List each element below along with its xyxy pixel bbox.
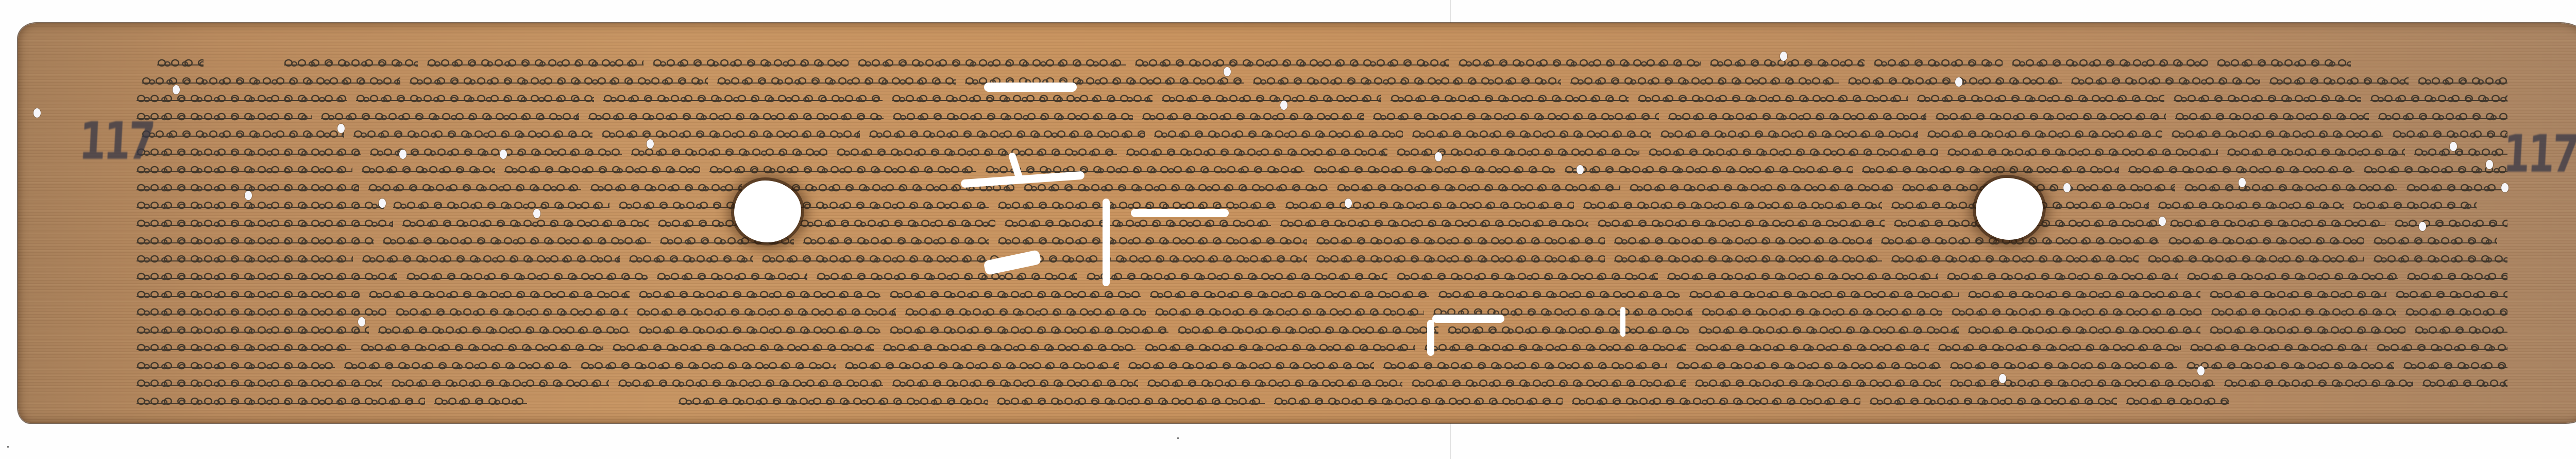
handwritten-word-group (1614, 235, 1872, 247)
handwritten-word-group (2370, 93, 2507, 104)
handwritten-word-group (997, 396, 1265, 407)
handwritten-word-group (2396, 289, 2507, 300)
handwritten-word-group (1314, 164, 1555, 175)
handwritten-word-group (1147, 378, 1402, 389)
handwritten-word-group (1005, 218, 1272, 229)
handwritten-word-group (137, 218, 393, 229)
pin-hole (2197, 366, 2205, 375)
handwritten-word-group (284, 57, 418, 69)
handwritten-word-group (504, 164, 700, 175)
handwritten-word-group (2170, 218, 2385, 229)
handwritten-word-group (1947, 146, 2218, 158)
handwritten-word-group (1285, 200, 1574, 211)
handwritten-word-group (858, 57, 1126, 69)
handwritten-word-group (2407, 271, 2507, 282)
handwritten-word-group (1862, 164, 2119, 175)
handwritten-word-group (2405, 306, 2507, 318)
handwritten-word-group (2415, 324, 2507, 336)
handwritten-word-group (2071, 75, 2260, 87)
handwritten-word-group (378, 324, 629, 336)
handwritten-word-group (2224, 378, 2413, 389)
handwritten-word-group (1150, 289, 1429, 300)
handwritten-word-group (1438, 289, 1680, 300)
handwritten-word-group (137, 164, 352, 175)
handwritten-word-group (2174, 93, 2361, 104)
handwritten-word-group (1337, 182, 1620, 193)
manuscript-line: line-4 (137, 108, 2517, 126)
handwritten-word-group (1947, 271, 2178, 282)
scan-speck (1177, 437, 1179, 439)
handwritten-word-group (392, 378, 609, 389)
pin-hole (1224, 67, 1231, 76)
handwritten-word-group (1154, 128, 1402, 140)
pin-hole (1280, 101, 1287, 110)
handwritten-word-group (837, 146, 1117, 158)
handwritten-word-group (717, 75, 956, 87)
handwritten-word-group (2269, 75, 2409, 87)
manuscript-line: line-18 (137, 357, 2517, 375)
binding-hole-left (734, 181, 801, 242)
handwritten-word-group (2128, 164, 2354, 175)
handwritten-word-group (709, 164, 977, 175)
handwritten-word-group (402, 218, 649, 229)
handwritten-word-group (602, 128, 859, 140)
pin-hole (337, 124, 345, 133)
handwritten-word-group (1710, 57, 1865, 69)
handwritten-word-group (800, 218, 995, 229)
handwritten-word-group (2217, 57, 2351, 69)
handwritten-word-group (845, 360, 1119, 371)
handwritten-word-group (1696, 342, 1929, 353)
handwritten-word-group (362, 164, 495, 175)
handwritten-word-group (2126, 396, 2229, 407)
handwritten-word-group (1572, 396, 1860, 407)
handwritten-word-group (137, 289, 360, 300)
manuscript-line: line-1 (137, 54, 2517, 72)
manuscript-line: line-19 (137, 374, 2517, 392)
handwritten-word-group (2227, 146, 2404, 158)
handwritten-word-group (137, 324, 369, 336)
handwritten-word-group (2190, 342, 2367, 353)
handwritten-word-group (137, 146, 361, 158)
handwritten-word-group (427, 57, 643, 69)
handwritten-word-group (1649, 146, 1938, 158)
manuscript-line: line-6 (137, 143, 2517, 161)
handwritten-word-group (2378, 111, 2507, 122)
handwritten-word-group (657, 271, 807, 282)
pin-hole (1435, 152, 1442, 161)
handwritten-word-group (1702, 306, 1942, 318)
manuscript-line: line-5 (137, 125, 2517, 143)
handwritten-word-group (590, 182, 742, 193)
handwritten-word-group (2414, 146, 2507, 158)
manuscript-line: line-12 (137, 250, 2517, 268)
handwritten-word-group (2395, 218, 2507, 229)
handwritten-word-group (2148, 253, 2364, 265)
handwritten-word-group (137, 271, 397, 282)
handwritten-word-group (536, 396, 598, 407)
handwritten-word-group (1676, 360, 1941, 371)
manuscript-line: line-8 (137, 179, 2517, 197)
handwritten-word-group (142, 128, 344, 140)
handwritten-word-group (817, 271, 1077, 282)
handwritten-word-group (361, 342, 603, 353)
handwritten-word-group (998, 235, 1307, 247)
handwritten-word-group (1274, 396, 1563, 407)
manuscript-line: line-14 (137, 286, 2517, 304)
margin-note-left: 117 (78, 111, 155, 171)
handwritten-word-group (1570, 75, 1839, 87)
handwritten-word-group (137, 93, 347, 104)
manuscript-line: line-11 (137, 232, 2517, 250)
pin-hole (358, 317, 365, 326)
handwritten-word-group (434, 396, 527, 407)
pin-hole (399, 150, 406, 159)
handwritten-word-group (905, 306, 1146, 318)
handwritten-word-group (1383, 360, 1667, 371)
worm-track (1432, 315, 1504, 323)
manuscript-line: line-2 (137, 72, 2517, 90)
handwritten-word-group (1936, 111, 2166, 122)
handwritten-word-group (1397, 146, 1639, 158)
handwritten-word-group (1391, 93, 1629, 104)
worm-track (1427, 320, 1434, 356)
handwritten-word-group (986, 164, 1304, 175)
handwritten-word-group (1008, 253, 1307, 265)
handwritten-word-group (137, 396, 425, 407)
handwritten-word-group (2422, 378, 2507, 389)
handwritten-word-group (2374, 235, 2497, 247)
manuscript-line: line-7 (137, 161, 2517, 179)
handwritten-word-group (1024, 182, 1327, 193)
handwritten-word-group (370, 146, 622, 158)
handwritten-word-group (321, 111, 579, 122)
pin-hole (1999, 374, 2006, 383)
handwritten-word-group (1968, 324, 2200, 336)
handwritten-word-group (1135, 57, 1449, 69)
handwritten-word-group (1902, 182, 2175, 193)
handwritten-word-group (1425, 342, 1686, 353)
handwritten-word-group (1128, 360, 1374, 371)
pin-hole (1955, 77, 1962, 87)
handwritten-word-group (1126, 146, 1387, 158)
manuscript-line: line-13 (137, 268, 2517, 286)
handwritten-word-group (803, 235, 989, 247)
pin-hole (500, 150, 507, 159)
handwritten-word-group (1950, 360, 2177, 371)
handwritten-word-group (869, 128, 1145, 140)
handwritten-word-group (1695, 378, 1941, 389)
handwritten-word-group (1178, 324, 1438, 336)
handwritten-word-group (1142, 111, 1364, 122)
handwritten-word-group (1397, 271, 1657, 282)
handwritten-word-group (344, 360, 571, 371)
handwritten-word-group (679, 396, 988, 407)
handwritten-word-group (1689, 289, 1959, 300)
pin-hole (2239, 178, 2246, 187)
handwritten-word-group (2418, 75, 2507, 87)
handwritten-word-group (137, 360, 335, 371)
handwritten-word-group (396, 306, 627, 318)
handwritten-word-group (613, 342, 874, 353)
handwritten-word-group (1927, 128, 2162, 140)
handwritten-word-group (637, 306, 896, 318)
handwritten-word-group (2377, 342, 2507, 353)
handwritten-word-group (619, 200, 753, 211)
handwritten-word-group (893, 111, 1132, 122)
manuscript-line: line-15 (137, 303, 2517, 321)
handwritten-word-group (607, 396, 669, 407)
handwritten-word-group (2158, 200, 2344, 211)
scan-speck (7, 446, 9, 448)
pin-hole (2063, 183, 2071, 192)
handwritten-word-group (2374, 253, 2507, 265)
pin-hole (1780, 52, 1787, 61)
handwritten-word-group (1155, 306, 1423, 318)
handwritten-word-group (2175, 111, 2369, 122)
handwritten-word-group (2168, 235, 2364, 247)
manuscript-line: line-20 (137, 392, 2517, 411)
handwritten-word-group (369, 289, 629, 300)
handwritten-word-group (1660, 128, 1918, 140)
handwritten-word-group (1253, 75, 1561, 87)
pin-hole (2159, 217, 2166, 226)
handwritten-word-group (1280, 218, 1588, 229)
handwritten-word-group (137, 111, 312, 122)
manuscript-line: line-9 (137, 196, 2517, 215)
handwritten-word-group (1667, 271, 1938, 282)
handwritten-word-group (137, 200, 384, 211)
handwritten-word-group (1162, 93, 1381, 104)
worm-track (984, 83, 1077, 92)
handwritten-word-group (2012, 57, 2208, 69)
handwritten-word-group (1874, 57, 2003, 69)
handwritten-word-group (639, 289, 880, 300)
handwritten-word-group (603, 93, 883, 104)
handwritten-word-group (1316, 235, 1605, 247)
handwritten-word-group (1870, 396, 2117, 407)
handwritten-word-group (2187, 271, 2398, 282)
handwritten-word-group (1412, 128, 1651, 140)
pin-hole (2450, 142, 2457, 151)
handwritten-word-group (1448, 324, 1689, 336)
handwritten-word-group (1668, 111, 1926, 122)
handwritten-word-group (137, 378, 382, 389)
handwritten-word-group (356, 93, 594, 104)
handwritten-word-group (213, 57, 275, 69)
handwritten-word-group (653, 57, 849, 69)
pin-hole (647, 139, 654, 149)
handwritten-word-group (362, 253, 620, 265)
handwritten-word-group (1950, 378, 2215, 389)
handwritten-word-group (1952, 306, 2201, 318)
handwritten-word-group (2353, 200, 2477, 211)
handwritten-word-group (137, 342, 351, 353)
handwritten-word-group (393, 200, 609, 211)
handwritten-word-group (581, 360, 836, 371)
palm-leaf: line-1line-2line-3line-4line-5line-6line… (18, 23, 2576, 423)
handwritten-word-group (353, 128, 592, 140)
pin-hole (2419, 222, 2426, 231)
pin-hole (533, 209, 540, 218)
pin-hole (1345, 199, 1352, 208)
handwritten-word-group (762, 253, 999, 265)
handwritten-word-group (2403, 360, 2507, 371)
handwritten-word-group (588, 111, 884, 122)
worm-track (1103, 199, 1110, 286)
handwritten-word-group (2211, 306, 2397, 318)
handwritten-word-group (2187, 360, 2395, 371)
handwritten-word-group (1630, 182, 1893, 193)
manuscript-line: line-16 (137, 321, 2517, 339)
pin-hole (1577, 165, 1584, 174)
handwritten-word-group (639, 324, 880, 336)
pin-hole (245, 191, 252, 200)
handwritten-word-group (1917, 93, 2164, 104)
handwritten-word-group (2184, 182, 2397, 193)
manuscript-line: line-3 (137, 90, 2517, 108)
pin-hole (2501, 183, 2509, 192)
worm-track (1620, 307, 1625, 337)
handwritten-word-group (1565, 164, 1853, 175)
pin-hole (173, 85, 180, 94)
handwritten-word-group (618, 378, 883, 389)
handwritten-word-group (1459, 57, 1701, 69)
handwritten-word-group (1145, 342, 1416, 353)
manuscript-line: line-17 (137, 339, 2517, 357)
handwritten-word-group (890, 324, 1168, 336)
handwritten-word-group (890, 289, 1141, 300)
handwritten-word-group (1938, 342, 2181, 353)
pin-hole (33, 108, 41, 118)
handwritten-word-group (137, 235, 374, 247)
handwritten-word-group (1412, 378, 1686, 389)
handwritten-word-group (631, 146, 827, 158)
handwritten-word-group (1968, 289, 2200, 300)
handwritten-word-group (1373, 111, 1659, 122)
handwritten-word-group (157, 57, 204, 69)
binding-hole-right (1976, 178, 2043, 240)
handwritten-word-group (1891, 253, 2139, 265)
handwritten-word-group (883, 342, 1135, 353)
handwritten-word-group (1638, 93, 1908, 104)
handwritten-word-group (368, 182, 581, 193)
handwritten-word-group (1614, 253, 1882, 265)
handwritten-word-group (410, 75, 708, 87)
handwritten-word-group (137, 253, 353, 265)
handwritten-word-group (2406, 182, 2507, 193)
handwritten-word-group (1316, 253, 1605, 265)
handwritten-word-group (1598, 218, 1885, 229)
handwritten-word-group (383, 235, 651, 247)
handwritten-word-group (142, 75, 400, 87)
margin-note-right: 117 (2502, 124, 2576, 184)
handwritten-word-group (892, 93, 1153, 104)
handwritten-word-group (1087, 271, 1387, 282)
manuscript-text-block: line-1line-2line-3line-4line-5line-6line… (137, 54, 2517, 410)
pin-hole (379, 199, 386, 208)
pin-hole (2486, 160, 2493, 169)
handwritten-word-group (137, 306, 386, 318)
handwritten-word-group (2210, 289, 2386, 300)
handwritten-word-group (892, 378, 1138, 389)
handwritten-word-group (629, 253, 753, 265)
handwritten-word-group (2172, 128, 2383, 140)
handwritten-word-group (2393, 128, 2507, 140)
worm-track (1131, 209, 1229, 217)
handwritten-word-group (1583, 200, 1882, 211)
handwritten-word-group (1699, 324, 1959, 336)
handwritten-word-group (406, 271, 647, 282)
handwritten-word-group (2210, 324, 2405, 336)
